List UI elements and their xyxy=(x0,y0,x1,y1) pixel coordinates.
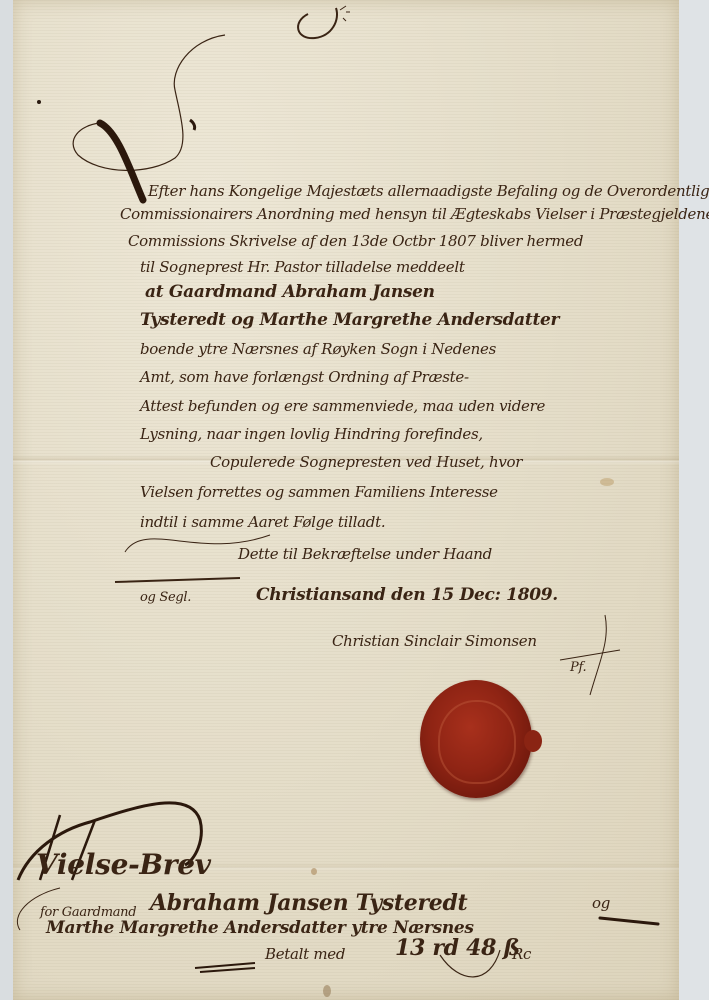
endorsement-title: Vielse-Brev xyxy=(36,848,211,881)
body-line: boende ytre Nærsnes af Røyken Sogn i Ned… xyxy=(140,340,496,358)
endorsement-groom: Abraham Jansen Tysteredt xyxy=(150,890,467,916)
endorsement-conjunction: og xyxy=(592,894,610,912)
closing-prefix: og Segl. xyxy=(140,590,191,605)
body-line: at Gaardmand Abraham Jansen xyxy=(145,282,435,302)
body-line: Lysning, naar ingen lovlig Hindring fore… xyxy=(140,425,483,443)
fee-amount: 13 rd 48 ß xyxy=(395,935,520,961)
red-wax-seal xyxy=(420,680,532,798)
body-line: Attest befunden og ere sammenviede, maa … xyxy=(140,397,545,415)
seal-emblem xyxy=(438,700,516,784)
body-line: Amt, som have forlængst Ordning af Præst… xyxy=(140,368,469,386)
place-date: Christiansand den 15 Dec: 1809. xyxy=(256,585,558,605)
fee-label: Betalt med xyxy=(265,945,345,963)
body-line: Copulerede Sognepresten ved Huset, hvor xyxy=(210,453,522,471)
fee-suffix: Rc xyxy=(512,945,531,963)
body-line: Commissionairers Anordning med hensyn ti… xyxy=(120,205,709,223)
closing-line: Dette til Bekræftelse under Haand xyxy=(238,545,492,563)
signature: Christian Sinclair Simonsen xyxy=(332,632,537,650)
seal-drip xyxy=(524,730,542,752)
body-line: Commissions Skrivelse af den 13de Octbr … xyxy=(128,232,583,250)
body-line: Efter hans Kongelige Majestæts allernaad… xyxy=(148,182,709,200)
body-line: til Sogneprest Hr. Pastor tilladelse med… xyxy=(140,258,465,276)
body-line: indtil i samme Aaret Følge tilladt. xyxy=(140,513,385,531)
signature-mark: Pf. xyxy=(570,660,586,675)
body-line: Vielsen forrettes og sammen Familiens In… xyxy=(140,483,498,501)
body-line: Tysteredt og Marthe Margrethe Andersdatt… xyxy=(140,310,559,330)
